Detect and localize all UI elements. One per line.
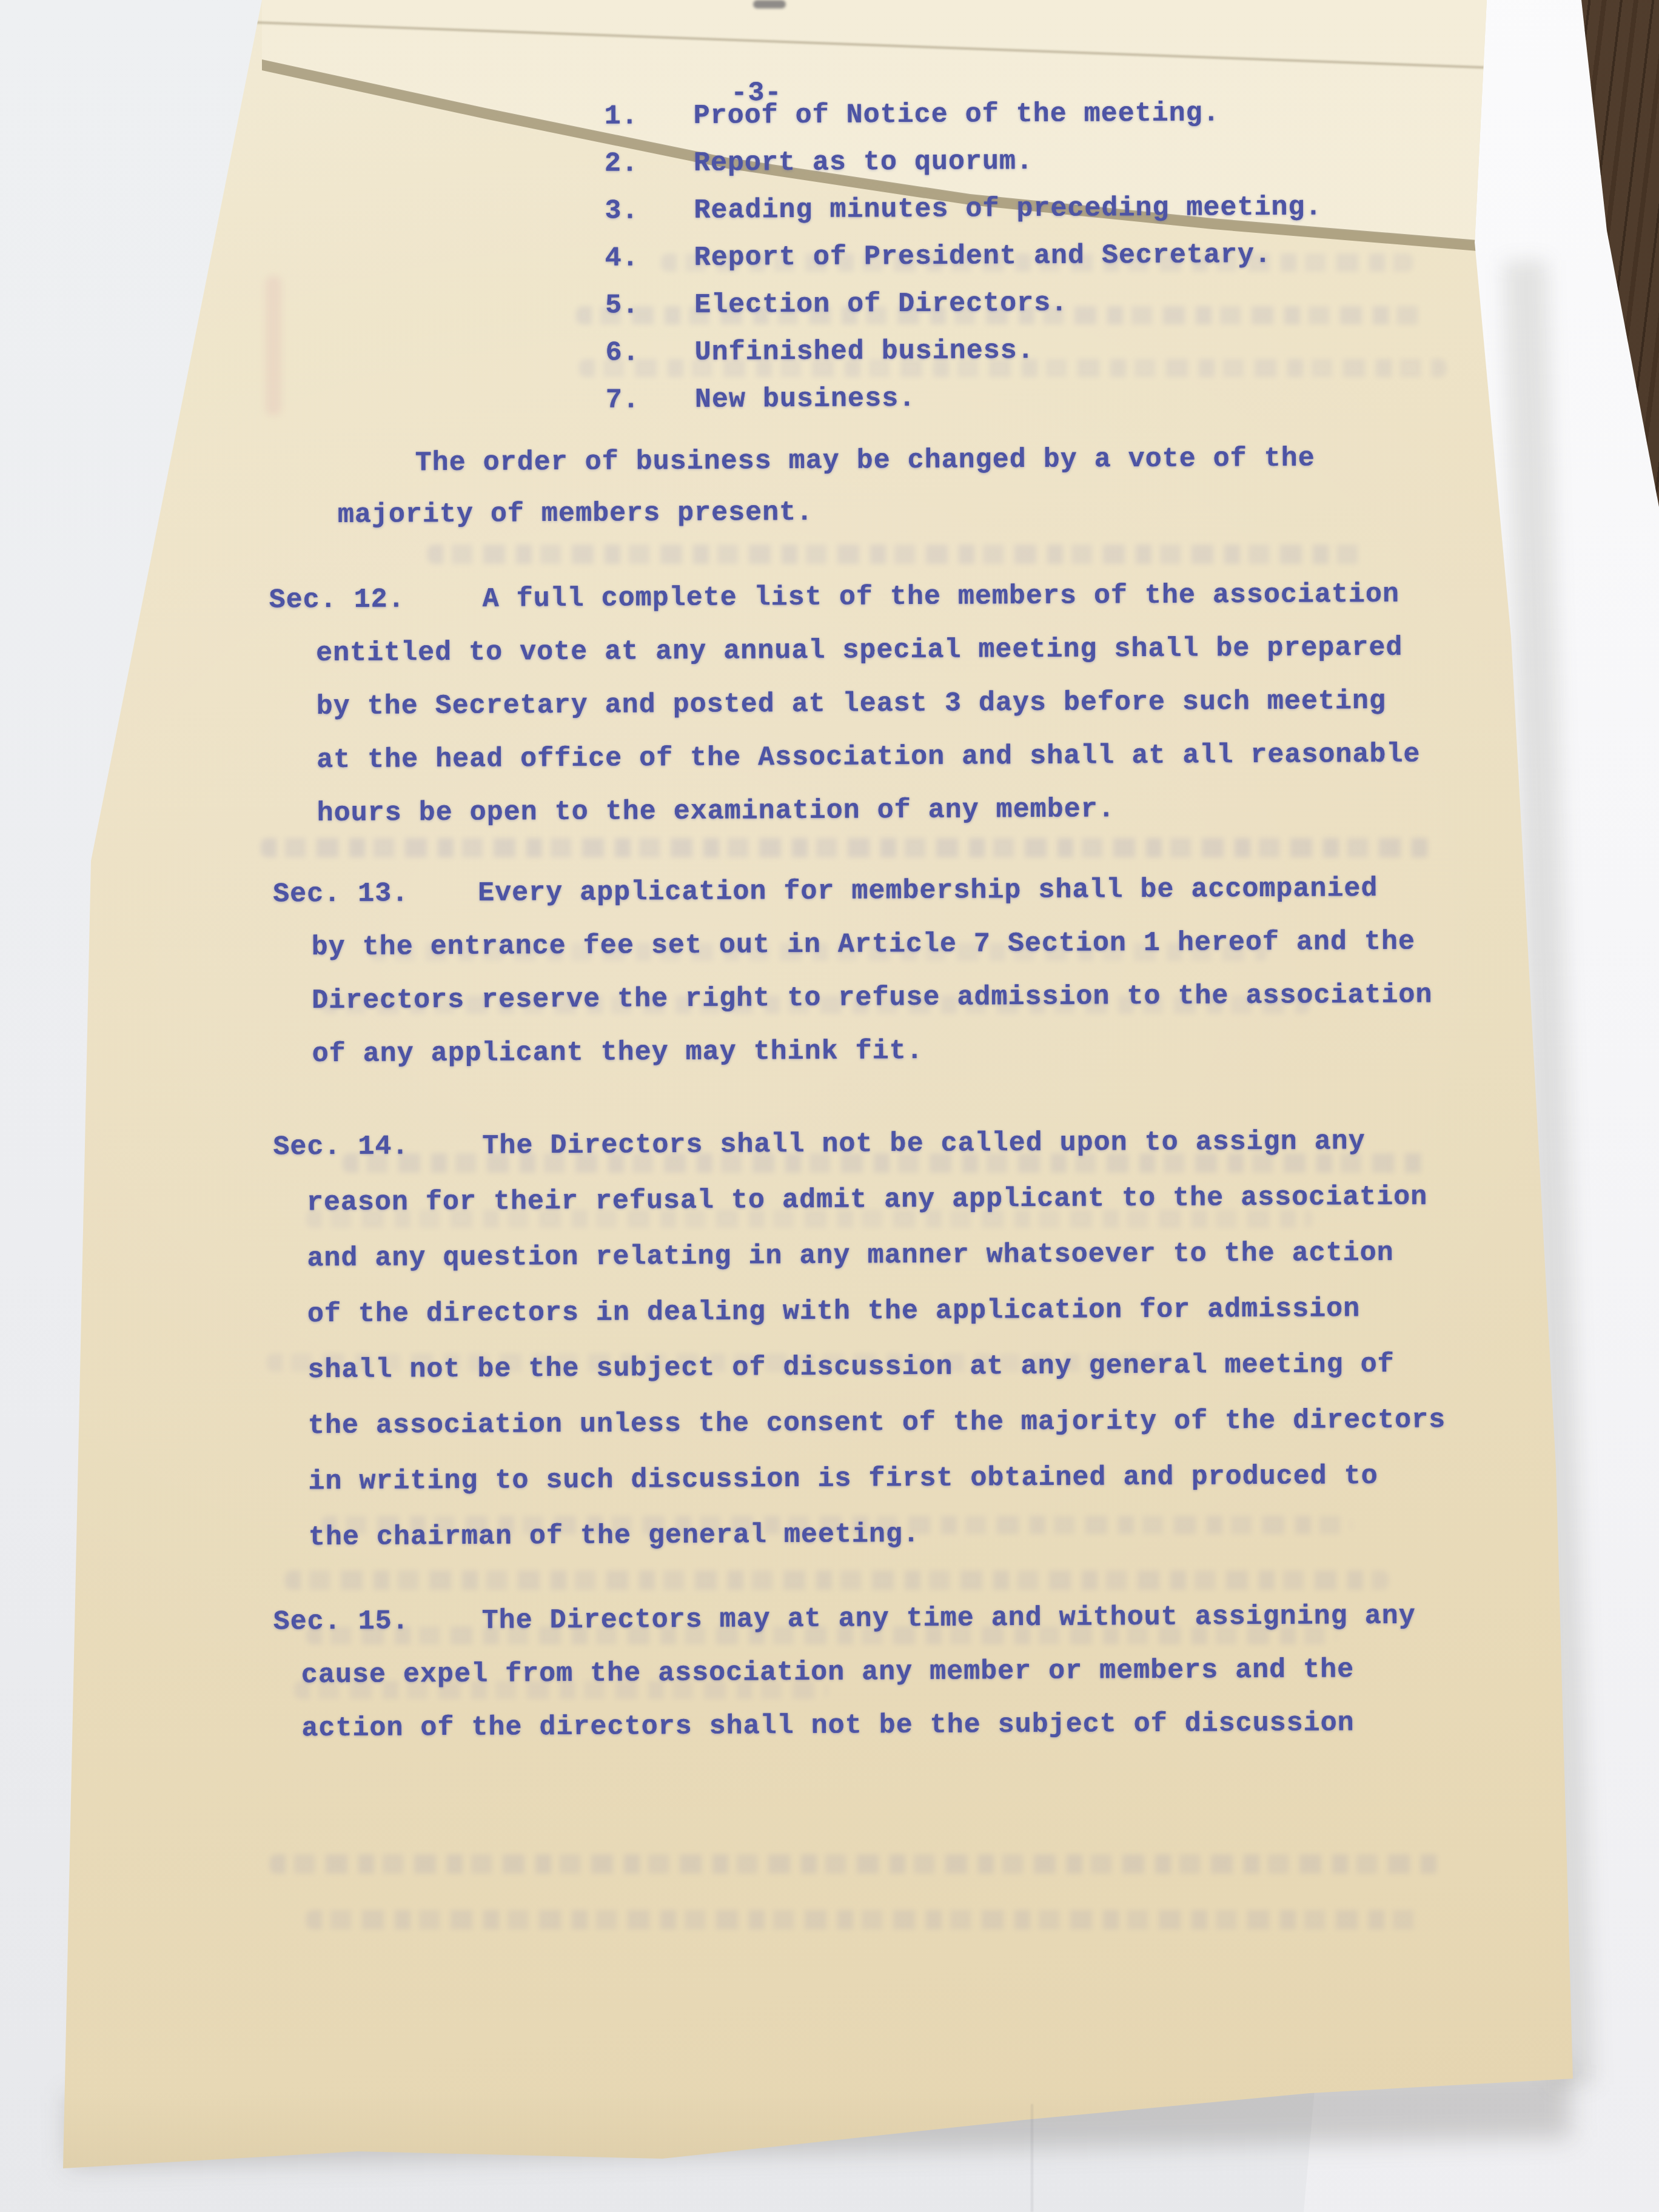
sections: Sec. 12.A full complete list of the memb… [0,0,1654,4]
section-line: action of the directors shall not be the… [301,1708,1355,1744]
agenda-item-text: Report as to quorum. [694,146,1033,179]
section-12: Sec. 12.A full complete list of the memb… [269,576,1659,585]
section-line: Directors reserve the right to refuse ad… [312,979,1433,1016]
section-line: in writing to such discussion is first o… [308,1461,1378,1497]
section-line: of the directors in dealing with the app… [307,1293,1361,1330]
section-line: by the entrance fee set out in Article 7… [312,927,1416,964]
agenda-item: 1.Proof of Notice of the meeting. [0,96,1654,141]
section-line: and any question relating in any manner … [307,1238,1394,1274]
agenda-item-number: 2. [605,148,638,179]
section-line: the association unless the consent of th… [308,1404,1446,1441]
agenda-item-number: 5. [605,290,639,321]
agenda-item-text: Report of President and Secretary. [694,240,1272,273]
section-line: Every application for membership shall b… [478,873,1378,909]
agenda-item-text: New business. [695,383,916,415]
section-15: Sec. 15.The Directors may at any time an… [273,1598,1659,1606]
agenda-item-text: Unfinished business. [694,335,1034,368]
section-line: The Directors may at any time and withou… [481,1601,1415,1637]
section-line: The Directors shall not be called upon t… [482,1126,1365,1162]
section-label: Sec. 13. [273,878,409,910]
agenda-item-text: Proof of Notice of the meeting. [693,98,1219,132]
section-label: Sec. 15. [273,1606,409,1637]
section-line: A full complete list of the members of t… [483,579,1399,615]
section-line: hours be open to the examination of any … [317,794,1114,829]
agenda-item: 4.Report of President and Secretary. [0,238,1655,283]
agenda-item-number: 4. [605,243,639,273]
photo-scene: -3- 1.Proof of Notice of the meeting.2.R… [0,0,1659,2212]
intro-line: The order of business may be changed by … [415,443,1315,478]
section-label: Sec. 14. [273,1131,409,1162]
section-line: entitled to vote at any annual special m… [316,632,1403,669]
agenda-item-number: 3. [605,195,638,226]
section-line: shall not be the subject of discussion a… [307,1349,1395,1386]
agenda-item-number: 6. [605,337,639,368]
intro-line: majority of members present. [338,497,813,531]
agenda-item-number: 1. [604,101,638,132]
agenda-item: 6.Unfinished business. [0,332,1655,377]
agenda-list: 1.Proof of Notice of the meeting.2.Repor… [0,0,1654,4]
agenda-item: 5.Election of Directors. [0,284,1655,329]
section-13: Sec. 13.Every application for membership… [273,870,1659,879]
section-label: Sec. 12. [269,584,405,615]
section-14: Sec. 14.The Directors shall not be calle… [273,1123,1659,1131]
section-line: of any applicant they may think fit. [312,1036,923,1070]
agenda-item-number: 7. [606,384,640,415]
section-line: the chairman of the general meeting. [309,1519,920,1553]
section-line: cause expel from the association any mem… [301,1654,1355,1691]
section-line: reason for their refusal to admit any ap… [307,1181,1428,1218]
section-line: by the Secretary and posted at least 3 d… [317,686,1387,722]
backdrop-crease [1031,2104,1033,2212]
typed-text-layer: -3- 1.Proof of Notice of the meeting.2.R… [0,0,1659,2212]
agenda-item-text: Reading minutes of preceding meeting. [694,192,1322,226]
section-line: at the head office of the Association an… [317,739,1421,776]
agenda-item-text: Election of Directors. [694,288,1068,321]
agenda-item: 2.Report as to quorum. [0,143,1654,188]
document-page: -3- 1.Proof of Notice of the meeting.2.R… [0,0,1659,2212]
agenda-item: 7.New business. [0,379,1655,424]
intro-paragraph: The order of business may be changed by … [0,0,1654,4]
agenda-item: 3.Reading minutes of preceding meeting. [0,190,1655,235]
